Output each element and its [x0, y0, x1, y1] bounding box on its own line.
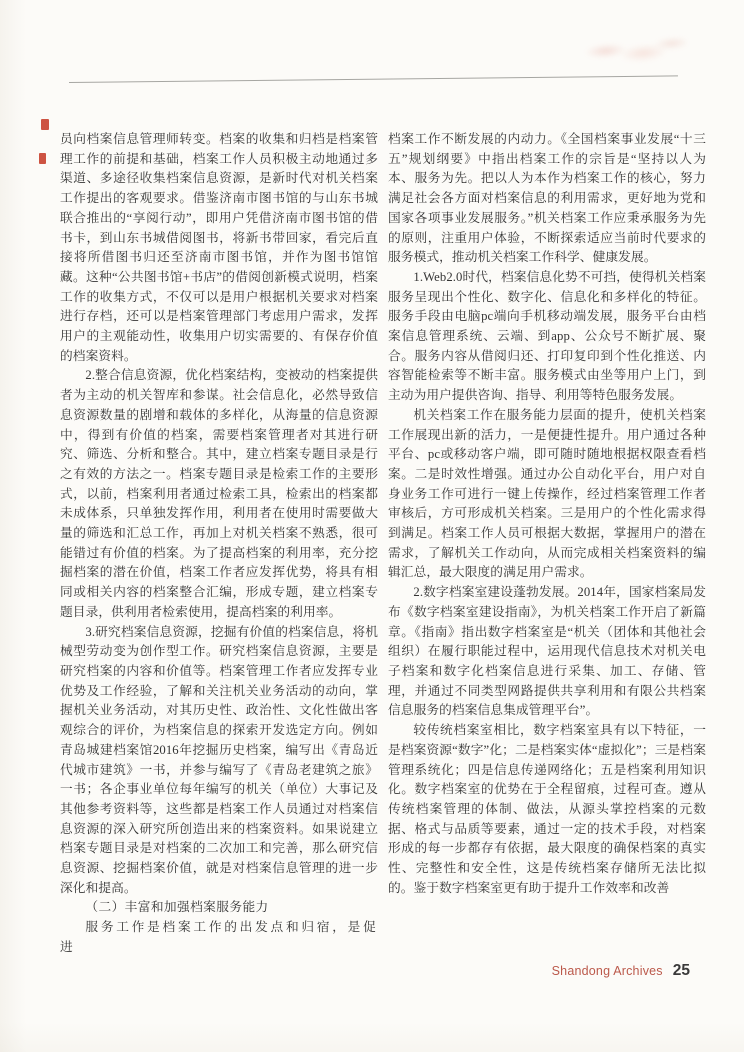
section-heading: （二）丰富和加强档案服务能力 [60, 898, 378, 918]
header-divider-line [69, 75, 678, 83]
page-footer: Shandong Archives 25 [500, 962, 690, 980]
paragraph: 较传统档案室相比，数字档案室具有以下特征，一是档案资源“数字”化；二是档案实体“… [388, 721, 706, 898]
paragraph-continuation: 员向档案信息管理师转变。档案的收集和归档是档案管理工作的前提和基础，档案工作人员… [60, 130, 378, 366]
left-text-column: 员向档案信息管理师转变。档案的收集和归档是档案管理工作的前提和基础，档案工作人员… [60, 130, 378, 958]
paragraph-point-1: 1.Web2.0时代，档案信息化势不可挡，使得机关档案服务呈现出个性化、数字化、… [388, 268, 706, 406]
paragraph: 机关档案工作在服务能力层面的提升，使机关档案工作展现出新的活力，一是便捷性提升。… [388, 406, 706, 583]
paragraph-point-3: 3.研究档案信息资源，挖掘有价值的档案信息，将机械型劳动变为创作型工作。研究档案… [60, 623, 378, 899]
paragraph-point-2: 2.数字档案室建设蓬勃发展。2014年，国家档案局发布《数字档案室建设指南》，为… [388, 583, 706, 721]
right-text-column: 档案工作不断发展的内动力。《全国档案事业发展“十三五”规划纲要》中指出档案工作的… [388, 130, 706, 898]
page-number: 25 [673, 962, 690, 980]
journal-name: Shandong Archives [552, 964, 663, 978]
faded-pink-stamp-smudge [582, 30, 689, 75]
paragraph-section-intro: 服务工作是档案工作的出发点和归宿，是促进 [60, 918, 378, 957]
red-registration-mark [39, 153, 46, 164]
paragraph-continuation: 档案工作不断发展的内动力。《全国档案事业发展“十三五”规划纲要》中指出档案工作的… [388, 130, 706, 268]
red-registration-mark [41, 119, 49, 130]
paragraph-point-2: 2.整合信息资源，优化档案结构，变被动的档案提供者为主动的机关智库和参谋。社会信… [60, 366, 378, 622]
scanned-journal-page: 员向档案信息管理师转变。档案的收集和归档是档案管理工作的前提和基础，档案工作人员… [0, 0, 744, 1052]
